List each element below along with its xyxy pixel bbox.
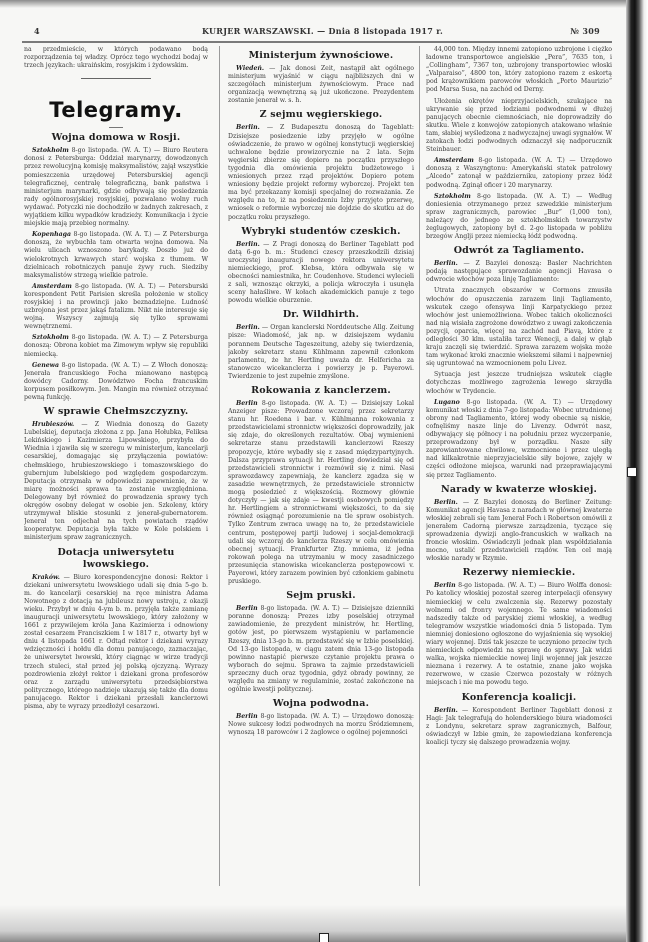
section-heading: W sprawie Chełmszczyzny. <box>24 406 208 418</box>
issue-number: № 309 <box>570 26 600 36</box>
paragraph-text: 44,000 ton. Między innemi zatopiono uzbr… <box>426 46 612 93</box>
section-heading: Wybryki studentów czeskich. <box>228 226 414 238</box>
section-rule <box>81 78 151 79</box>
article-paragraph: Kopenhaga 8-go listopada. (W. A. T.) — Z… <box>24 231 208 280</box>
newspaper-title: KURJER WARSZAWSKI. — Dnia 8 listopada 19… <box>202 26 443 36</box>
article-paragraph: Sytuacja jest jeszcze trudniejsza wskute… <box>426 371 612 395</box>
article-paragraph: Berlin 8-go listopada. (W. A. T.) — Urzę… <box>228 713 414 737</box>
section-heading: Ministerjum żywnościowe. <box>228 50 414 62</box>
paragraph-text: Sytuacja jest jeszcze trudniejsza wskute… <box>426 371 612 394</box>
newspaper-page: 4 KURJER WARSZAWSKI. — Dnia 8 listopada … <box>0 0 626 942</box>
article-paragraph: Berlin. — Korespondent Berliner Tageblat… <box>426 707 612 747</box>
dateline: Wiedeń. <box>236 65 264 72</box>
dateline: Kopenhaga <box>32 231 71 238</box>
article-paragraph: Genewa 8-go listopada. (W. A. T.) — Z Wł… <box>24 362 208 402</box>
section-heading: Konferencja koalicji. <box>426 692 612 704</box>
dateline: Berlin. <box>434 260 458 267</box>
paragraph-text: 8-go listopada. (W. A. T.) — Petersbursk… <box>24 283 208 330</box>
article-paragraph: Berlin. — Z Budapesztu donoszą do Tagebl… <box>228 124 414 221</box>
paragraph-text: — Z Wiednia donoszą do Gazety Lubelskiej… <box>24 421 208 541</box>
article-paragraph: Berlin. — Z Bazylei donoszą do Berliner … <box>426 499 612 564</box>
dateline: Berlin. <box>236 241 260 248</box>
section-heading: Sejm pruski. <box>228 590 414 602</box>
paragraph-text: Utrata znacznych obszarów w Cormons zmus… <box>426 287 612 367</box>
article-paragraph: Ułożenia okrętów nieprzyjacielskich, szu… <box>426 98 612 155</box>
dateline: Hrubieszów. <box>32 421 74 428</box>
dateline: Berlin. <box>236 324 260 331</box>
article-paragraph: Berlin 8-go listopada. (W. A. T.) — Dzis… <box>228 605 414 694</box>
dateline: Berlin <box>434 582 456 589</box>
article-paragraph: Wiedeń. — Jak donosi Zeit, nastąpił akt … <box>228 65 414 105</box>
section-heading: Narady w kwaterze włoskiej. <box>426 484 612 496</box>
main-title: Telegramy. <box>24 97 208 123</box>
dateline: Berlin. <box>236 124 260 131</box>
paragraph-text: 8-go listopada. (W. A. T.) — Z Petersbur… <box>24 231 208 278</box>
column-2: Ministerjum żywnościowe.Wiedeń. — Jak do… <box>228 46 414 906</box>
paragraph-text: — Z Bazylei donoszą do Berliner Zeitung:… <box>426 499 612 563</box>
dateline: Berlin <box>236 605 258 612</box>
paragraph-text: 8-go listopada. (W. A. T.) — Urzędowy ko… <box>426 399 612 479</box>
article-paragraph: Utrata znacznych obszarów w Cormons zmus… <box>426 287 612 368</box>
paragraph-text: 8-go listopada. (W. A. T.) — Dzisiejsze … <box>228 605 414 693</box>
article-paragraph: Hrubieszów. — Z Wiednia donoszą do Gazet… <box>24 421 208 542</box>
intro-paragraph: na przedmieście, w których podawano bodą… <box>24 46 208 70</box>
dateline: Kraków. <box>32 574 60 581</box>
dateline: Berlin <box>236 713 258 720</box>
dateline: Sztokholm <box>32 334 69 341</box>
column-divider <box>219 46 220 886</box>
article-paragraph: Berlin. — Z Pragi donoszą do Berliner Ta… <box>228 241 414 306</box>
article-paragraph: Sztokholm 8-go listopada. (W. A. T.) — B… <box>24 147 208 228</box>
article-paragraph: Lugano 8-go listopada. (W. A. T.) — Urzę… <box>426 399 612 480</box>
section-heading: Odwrót za Tagliamento. <box>426 245 612 257</box>
paragraph-text: — Biuro korespondencyjne donosi: Rektor … <box>24 574 208 711</box>
dateline: Berlin. <box>434 707 458 714</box>
column-3-sections: 44,000 ton. Między innemi zatopiono uzbr… <box>426 46 612 747</box>
paragraph-text: 8-go listopada. (W. A. T.) — Biuro Reute… <box>24 147 208 227</box>
paragraph-text: 8-go listopada. (W. A. T.) — Według doni… <box>426 193 612 240</box>
section-heading: Dr. Wildhirth. <box>228 309 414 321</box>
selection-marker[interactable] <box>319 933 329 942</box>
section-heading: Rezerwy niemieckie. <box>426 567 612 579</box>
dateline: Berlin. <box>434 499 458 506</box>
paragraph-text: 8-go listopada. (W. A. T.) — Dzisiejszy … <box>228 400 414 585</box>
dateline: Sztokholm <box>32 147 69 154</box>
article-paragraph: Sztokholm 8-go listopada. (W. A. T.) — W… <box>426 193 612 242</box>
column-2-sections: Ministerjum żywnościowe.Wiedeń. — Jak do… <box>228 50 414 737</box>
article-paragraph: Sztokholm 8-go listopada. (W. A. T.) — Z… <box>24 334 208 358</box>
selection-marker[interactable] <box>627 467 637 477</box>
dateline: Amsterdam <box>434 157 474 164</box>
section-rule <box>109 127 123 128</box>
paragraph-text: 8-go listopada. (W. A. T.) — Biuro Wolff… <box>426 582 612 686</box>
section-heading: Wojna domowa w Rosji. <box>24 132 208 144</box>
paragraph-text: Ułożenia okrętów nieprzyjacielskich, szu… <box>426 98 612 154</box>
paragraph-text: — Z Pragi donoszą do Berliner Tageblatt … <box>228 241 414 305</box>
article-paragraph: Kraków. — Biuro korespondencyjne donosi:… <box>24 574 208 712</box>
dateline: Lugano <box>434 399 460 406</box>
column-3: 44,000 ton. Między innemi zatopiono uzbr… <box>426 46 612 906</box>
scan-shadow-bottom <box>0 905 626 942</box>
article-paragraph: Berlin. — Z Bazylei donoszą: Basler Nach… <box>426 260 612 284</box>
section-heading: Z sejmu węgierskiego. <box>228 109 414 121</box>
column-1-sections: Wojna domowa w Rosji.Sztokholm 8-go list… <box>24 132 208 711</box>
section-heading: Wojna podwodna. <box>228 698 414 710</box>
article-paragraph: Berlin 8-go listopada. (W. A. T.) — Biur… <box>426 582 612 687</box>
article-paragraph: Amsterdam 8-go listopada. (W. A. T.) — P… <box>24 283 208 332</box>
column-divider <box>419 46 420 886</box>
article-paragraph: Berlin 8-go listopada. (W. A. T.) — Dzis… <box>228 400 414 586</box>
dateline: Amsterdam <box>32 283 72 290</box>
paragraph-text: — Z Budapesztu donoszą do Tageblatt: Dzi… <box>228 124 414 220</box>
column-1: na przedmieście, w których podawano bodą… <box>24 46 208 906</box>
article-paragraph: Amsterdam 8-go listopada. (W. A. T.) — U… <box>426 157 612 189</box>
scan-shadow-top <box>0 0 648 8</box>
dateline: Sztokholm <box>434 193 471 200</box>
masthead-rule <box>22 41 612 43</box>
section-heading: Rokowania z kanclerzem. <box>228 385 414 397</box>
article-paragraph: 44,000 ton. Między innemi zatopiono uzbr… <box>426 46 612 95</box>
page-number: 4 <box>34 26 40 36</box>
dateline: Genewa <box>32 362 59 369</box>
dateline: Berlin <box>236 400 258 407</box>
article-paragraph: Berlin. — Organ kanclerski Norddeutsche … <box>228 324 414 381</box>
masthead: 4 KURJER WARSZAWSKI. — Dnia 8 listopada … <box>34 26 614 38</box>
paragraph-text: — Organ kanclerski Norddeutsche Allg. Ze… <box>228 324 414 380</box>
section-heading: Dotacja uniwersytetu lwowskiego. <box>24 547 208 571</box>
